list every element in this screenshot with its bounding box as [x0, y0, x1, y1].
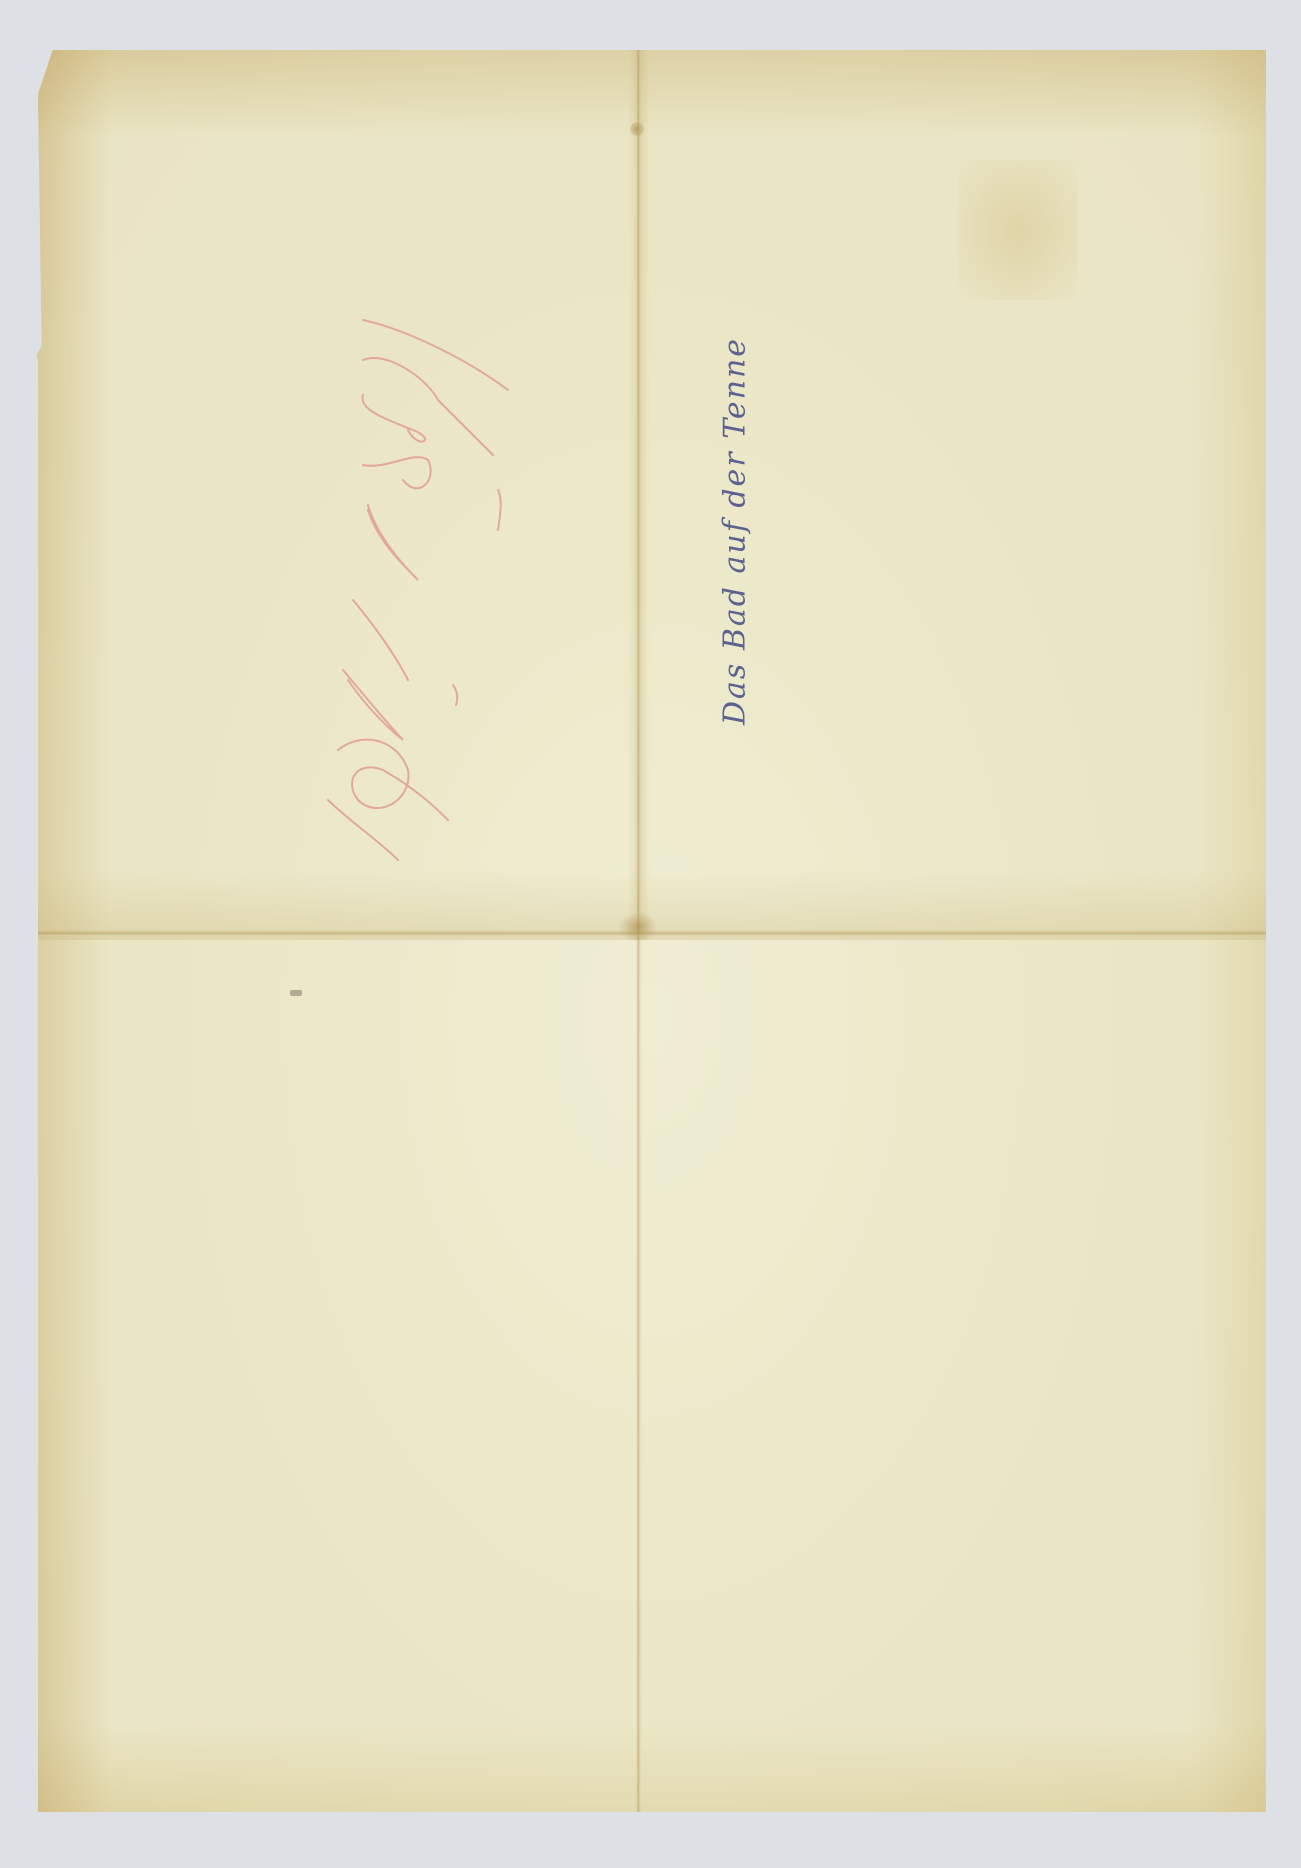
age-stain	[958, 160, 1078, 300]
red-pencil-scrawl	[318, 300, 518, 880]
paper-sheet	[38, 50, 1266, 1812]
pin-mark	[290, 990, 302, 996]
fold-intersection-stain	[618, 912, 658, 942]
handwritten-title: Das Bad auf der Tenne	[718, 337, 753, 725]
